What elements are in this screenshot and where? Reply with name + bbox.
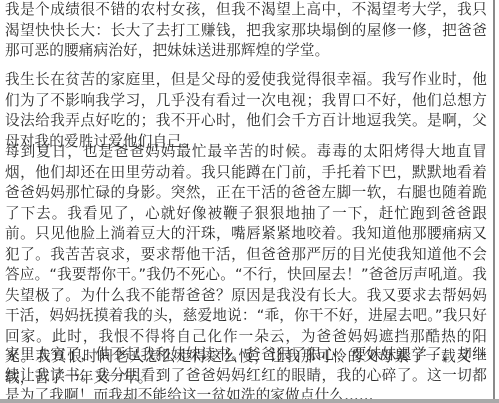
bottom-scrollbar[interactable] [0, 399, 499, 403]
paragraph-1: 我是个成绩很不错的农村女孩，但我不渴望上高中，不渴望考大学，我只渴望快快长大：长… [0, 0, 493, 62]
article-content: 我是个成绩很不错的农村女孩，但我不渴望上高中，不渴望考大学，我只渴望快快长大：长… [0, 0, 495, 399]
paragraph-4: 家里太穷了，供不起我和妹妹读书。爸爸狠了狠心，要妹妹退学了，却继续让我读书。我分… [0, 345, 493, 399]
paragraph-2: 我生长在贫苦的家庭里，但是父母的爱使我觉得很幸福。我写作业时，他们为了不影响我学… [0, 70, 493, 152]
